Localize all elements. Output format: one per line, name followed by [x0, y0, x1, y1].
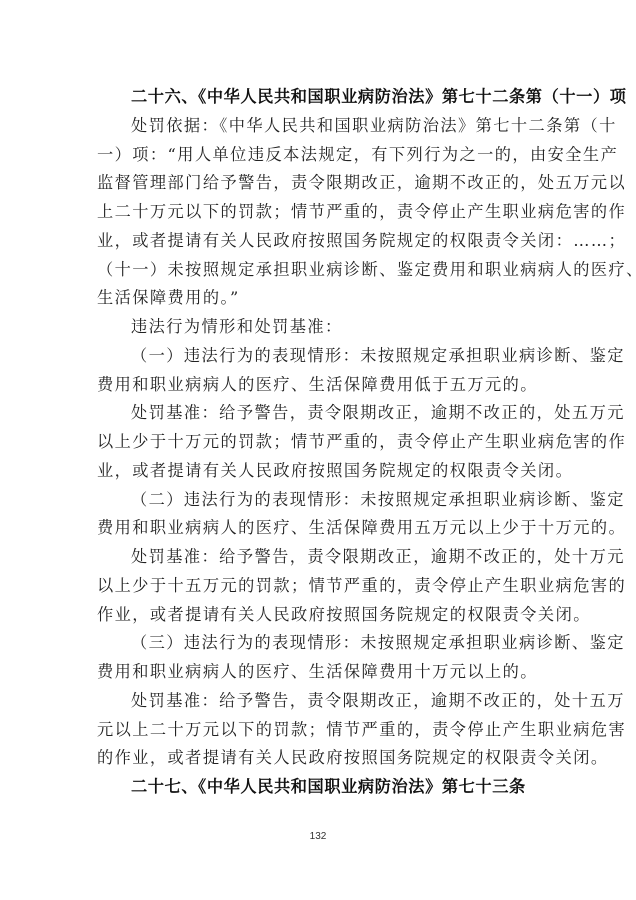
case-1-description: （一）违法行为的表现情形：未按照规定承担职业病诊断、鉴定: [97, 342, 539, 371]
case-3-penalty: 处罚基准：给予警告，责令限期改正，逾期不改正的，处十五万: [97, 687, 539, 716]
page-number: 132: [0, 831, 636, 842]
section-heading-26: 二十六、《中华人民共和国职业病防治法》第七十二条第（十一）项: [97, 83, 539, 112]
penalty-basis-paragraph: 业，或者提请有关人民政府按照国务院规定的权限责令关闭：……；: [97, 227, 539, 256]
case-2-penalty: 处罚基准：给予警告，责令限期改正，逾期不改正的，处十万元: [97, 543, 539, 572]
case-2-penalty: 以上少于十五万元的罚款；情节严重的，责令停止产生职业病危害的: [97, 572, 539, 601]
case-3-description: 费用和职业病病人的医疗、生活保障费用十万元以上的。: [97, 658, 539, 687]
case-1-penalty: 处罚基准：给予警告，责令限期改正，逾期不改正的，处五万元: [97, 399, 539, 428]
case-3-penalty: 的作业，或者提请有关人民政府按照国务院规定的权限责令关闭。: [97, 744, 539, 773]
case-1-penalty: 以上少于十万元的罚款；情节严重的，责令停止产生职业病危害的作: [97, 428, 539, 457]
document-page: 二十六、《中华人民共和国职业病防治法》第七十二条第（十一）项 处罚依据：《中华人…: [97, 83, 539, 802]
case-2-description: 费用和职业病病人的医疗、生活保障费用五万元以上少于十万元的。: [97, 514, 539, 543]
case-3-description: （三）违法行为的表现情形：未按照规定承担职业病诊断、鉴定: [97, 629, 539, 658]
penalty-basis-paragraph: 上二十万元以下的罚款；情节严重的，责令停止产生职业病危害的作: [97, 198, 539, 227]
case-1-description: 费用和职业病病人的医疗、生活保障费用低于五万元的。: [97, 371, 539, 400]
penalty-basis-paragraph: 生活保障费用的。”: [97, 284, 539, 313]
standards-intro: 违法行为情形和处罚基准：: [97, 313, 539, 342]
penalty-basis-paragraph: 一）项：“用人单位违反本法规定，有下列行为之一的，由安全生产: [97, 141, 539, 170]
section-heading-27: 二十七、《中华人民共和国职业病防治法》第七十三条: [97, 773, 539, 802]
penalty-basis-paragraph: （十一）未按照规定承担职业病诊断、鉴定费用和职业病病人的医疗、: [97, 256, 539, 285]
penalty-basis-paragraph: 监督管理部门给予警告，责令限期改正，逾期不改正的，处五万元以: [97, 169, 539, 198]
case-1-penalty: 业，或者提请有关人民政府按照国务院规定的权限责令关闭。: [97, 457, 539, 486]
case-2-description: （二）违法行为的表现情形：未按照规定承担职业病诊断、鉴定: [97, 486, 539, 515]
case-2-penalty: 作业，或者提请有关人民政府按照国务院规定的权限责令关闭。: [97, 601, 539, 630]
case-3-penalty: 元以上二十万元以下的罚款；情节严重的，责令停止产生职业病危害: [97, 716, 539, 745]
penalty-basis-paragraph: 处罚依据：《中华人民共和国职业病防治法》第七十二条第（十: [97, 112, 539, 141]
